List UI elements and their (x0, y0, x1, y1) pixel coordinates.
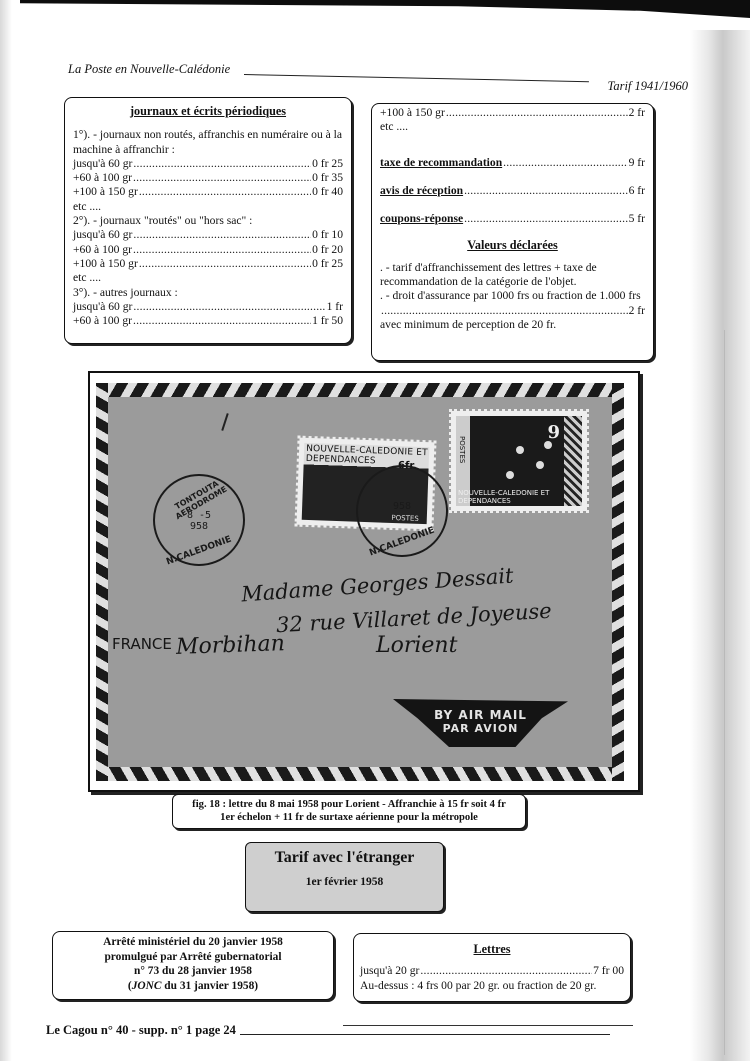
rate-label: jusqu'à 60 gr (73, 228, 132, 242)
arrete-line3: n° 73 du 28 janvier 1958 (53, 964, 333, 979)
section-date: 1er février 1958 (246, 875, 443, 889)
rate-row: jusqu'à 20 gr7 fr 00 (360, 964, 624, 978)
valeurs-value: 2 fr (629, 304, 645, 318)
etc-text: etc .... (380, 120, 645, 134)
rate-label: +60 à 100 gr (73, 171, 132, 185)
address-city: Lorient (376, 633, 457, 658)
tax-label: taxe de recommandation (380, 156, 502, 170)
rate-row: jusqu'à 60 gr0 fr 10 (73, 228, 343, 242)
arrete-line1: Arrêté ministériel du 20 janvier 1958 (53, 935, 333, 950)
leader-dots (139, 185, 311, 199)
leader-dots (133, 314, 311, 328)
stamp-value: 9 (547, 422, 560, 443)
valeurs-line3: avec minimum de perception de 20 fr. (380, 318, 645, 332)
page-footer: Le Cagou n° 40 - supp. n° 1 page 24 (46, 1023, 236, 1038)
arrete-line2: promulgué par Arrêté gubernatorial (53, 950, 333, 965)
section-heading: Tarif avec l'étranger (246, 851, 443, 865)
rate-label: +60 à 100 gr (73, 314, 132, 328)
leader-dots (503, 156, 627, 170)
valeurs-title: Valeurs déclarées (380, 238, 645, 252)
rate-label: +100 à 150 gr (73, 185, 138, 199)
page-left-shadow (0, 0, 12, 1061)
rate-value: 0 fr 35 (312, 171, 343, 185)
tax-row: taxe de recommandation9 fr (380, 156, 645, 170)
airmail-border (96, 383, 624, 397)
jonc-abbrev: JONC (132, 980, 162, 992)
valeurs-row: 2 fr (380, 304, 645, 318)
valeurs-line2: . - droit d'assurance par 1000 frs ou fr… (380, 289, 645, 303)
envelope-photo: NOUVELLE-CALEDONIE ET DEPENDANCES 6fr. P… (88, 371, 640, 792)
running-header-left: La Poste en Nouvelle-Calédonie (68, 62, 230, 77)
address-line1: Madame Georges Dessait (240, 564, 514, 607)
page-edge-line (724, 330, 725, 1055)
rate-row: jusqu'à 60 gr1 fr (73, 300, 343, 314)
postmark-bottom: N.CALEDONIE (156, 531, 242, 570)
caption-line2: 1er échelon + 11 fr de surtaxe aérienne … (177, 811, 521, 824)
rate-value: 0 fr 10 (312, 228, 343, 242)
arrete-line4-rest: du 31 janvier 1958) (161, 980, 258, 992)
section2-intro: 2°). - journaux "routés" ou "hors sac" : (73, 214, 343, 228)
running-header-right: Tarif 1941/1960 (608, 79, 688, 94)
section1-intro: 1°). - journaux non routés, affranchis e… (73, 128, 343, 157)
figure-caption: fig. 18 : lettre du 8 mai 1958 pour Lori… (172, 794, 526, 829)
page-top-edge (20, 0, 750, 18)
address-country: FRANCE (112, 635, 172, 653)
postmark-date: 958 (358, 501, 446, 512)
rate-label: jusqu'à 60 gr (73, 300, 132, 314)
rate-row: +100 à 150 gr0 fr 40 (73, 185, 343, 199)
tax-label: coupons-réponse (380, 212, 463, 226)
leader-dots (133, 300, 325, 314)
rate-label: +100 à 150 gr (380, 106, 445, 120)
postmark-right: 958 N.CALEDONIE (356, 465, 448, 557)
rate-value: 1 fr (327, 300, 343, 314)
airmail-line2: PAR AVION (393, 722, 568, 735)
footer-rule (240, 1034, 610, 1035)
tax-value: 6 fr (629, 184, 645, 198)
tax-row: avis de réception6 fr (380, 184, 645, 198)
rate-row: +100 à 150 gr2 fr (380, 106, 645, 120)
rate-value: 2 fr (629, 106, 645, 120)
leader-dots (139, 257, 311, 271)
rate-label: jusqu'à 60 gr (73, 157, 132, 171)
page-curl-shadow (690, 30, 750, 1061)
rate-value: 1 fr 50 (312, 314, 343, 328)
stamp-flower: POSTES 9 NOUVELLE-CALEDONIE ET DEPENDANC… (451, 411, 587, 511)
tax-label: avis de réception (380, 184, 463, 198)
tax-row: coupons-réponse5 fr (380, 212, 645, 226)
leader-dots (133, 157, 311, 171)
postmark-bottom: N.CALEDONIE (359, 522, 445, 561)
rate-label: jusqu'à 20 gr (360, 964, 419, 978)
leader-dots (446, 106, 628, 120)
etc-text: etc .... (73, 200, 343, 214)
rate-row: +100 à 150 gr0 fr 25 (73, 257, 343, 271)
rate-value: 7 fr 00 (593, 964, 624, 978)
leader-dots (464, 184, 628, 198)
lettres-box: Lettres jusqu'à 20 gr7 fr 00 Au-dessus :… (353, 933, 631, 1002)
rate-label: +60 à 100 gr (73, 243, 132, 257)
rate-value: 0 fr 25 (312, 257, 343, 271)
caption-line1: fig. 18 : lettre du 8 mai 1958 pour Lori… (177, 798, 521, 811)
rate-value: 0 fr 25 (312, 157, 343, 171)
airmail-line1: BY AIR MAIL (393, 699, 568, 722)
leader-dots (133, 228, 311, 242)
rate-value: 0 fr 20 (312, 243, 343, 257)
tarifs-box: +100 à 150 gr2 fr etc .... taxe de recom… (371, 103, 654, 361)
tax-value: 9 fr (629, 156, 645, 170)
journaux-title: journaux et écrits périodiques (73, 104, 343, 118)
airmail-border (96, 383, 108, 781)
address-line2: 32 rue Villaret de Joyeuse (276, 599, 553, 637)
stamp-caption: NOUVELLE-CALEDONIE ET DEPENDANCES (458, 489, 582, 505)
lettres-note: Au-dessus : 4 frs 00 par 20 gr. ou fract… (360, 979, 624, 993)
leader-dots (133, 171, 311, 185)
rate-row: +60 à 100 gr0 fr 20 (73, 243, 343, 257)
stamp-side-text: POSTES (458, 436, 466, 463)
rate-row: +60 à 100 gr0 fr 35 (73, 171, 343, 185)
divider-rule (343, 1025, 633, 1026)
journaux-box: journaux et écrits périodiques 1°). - jo… (64, 97, 352, 344)
rate-label: +100 à 150 gr (73, 257, 138, 271)
header-rule (244, 74, 589, 82)
rate-row: jusqu'à 60 gr0 fr 25 (73, 157, 343, 171)
address-department: Morbihan (176, 631, 286, 660)
leader-dots (464, 212, 627, 226)
pen-mark (221, 413, 228, 431)
running-header: La Poste en Nouvelle-Calédonie Tarif 194… (68, 62, 688, 84)
airmail-border (96, 767, 624, 781)
etc-text: etc .... (73, 271, 343, 285)
section3-intro: 3°). - autres journaux : (73, 286, 343, 300)
rate-value: 0 fr 40 (312, 185, 343, 199)
section-heading-box: Tarif avec l'étranger 1er février 1958 (245, 842, 444, 912)
leader-dots (381, 304, 628, 318)
airmail-label: BY AIR MAIL PAR AVION (393, 699, 568, 747)
valeurs-line1: . - tarif d'affranchissement des lettres… (380, 261, 645, 290)
rate-row: +60 à 100 gr1 fr 50 (73, 314, 343, 328)
leader-dots (133, 243, 311, 257)
tax-value: 5 fr (629, 212, 645, 226)
arrete-line4: (JONC du 31 janvier 1958) (53, 979, 333, 994)
postmark-left: TONTOUTA AERODROME 8 -5 958 N.CALEDONIE (153, 474, 245, 566)
arrete-box: Arrêté ministériel du 20 janvier 1958 pr… (52, 931, 334, 1000)
leader-dots (420, 964, 592, 978)
postmark-date: 8 -5 958 (155, 510, 243, 532)
lettres-title: Lettres (360, 942, 624, 956)
airmail-border (612, 383, 624, 781)
airmail-envelope: NOUVELLE-CALEDONIE ET DEPENDANCES 6fr. P… (96, 383, 624, 781)
